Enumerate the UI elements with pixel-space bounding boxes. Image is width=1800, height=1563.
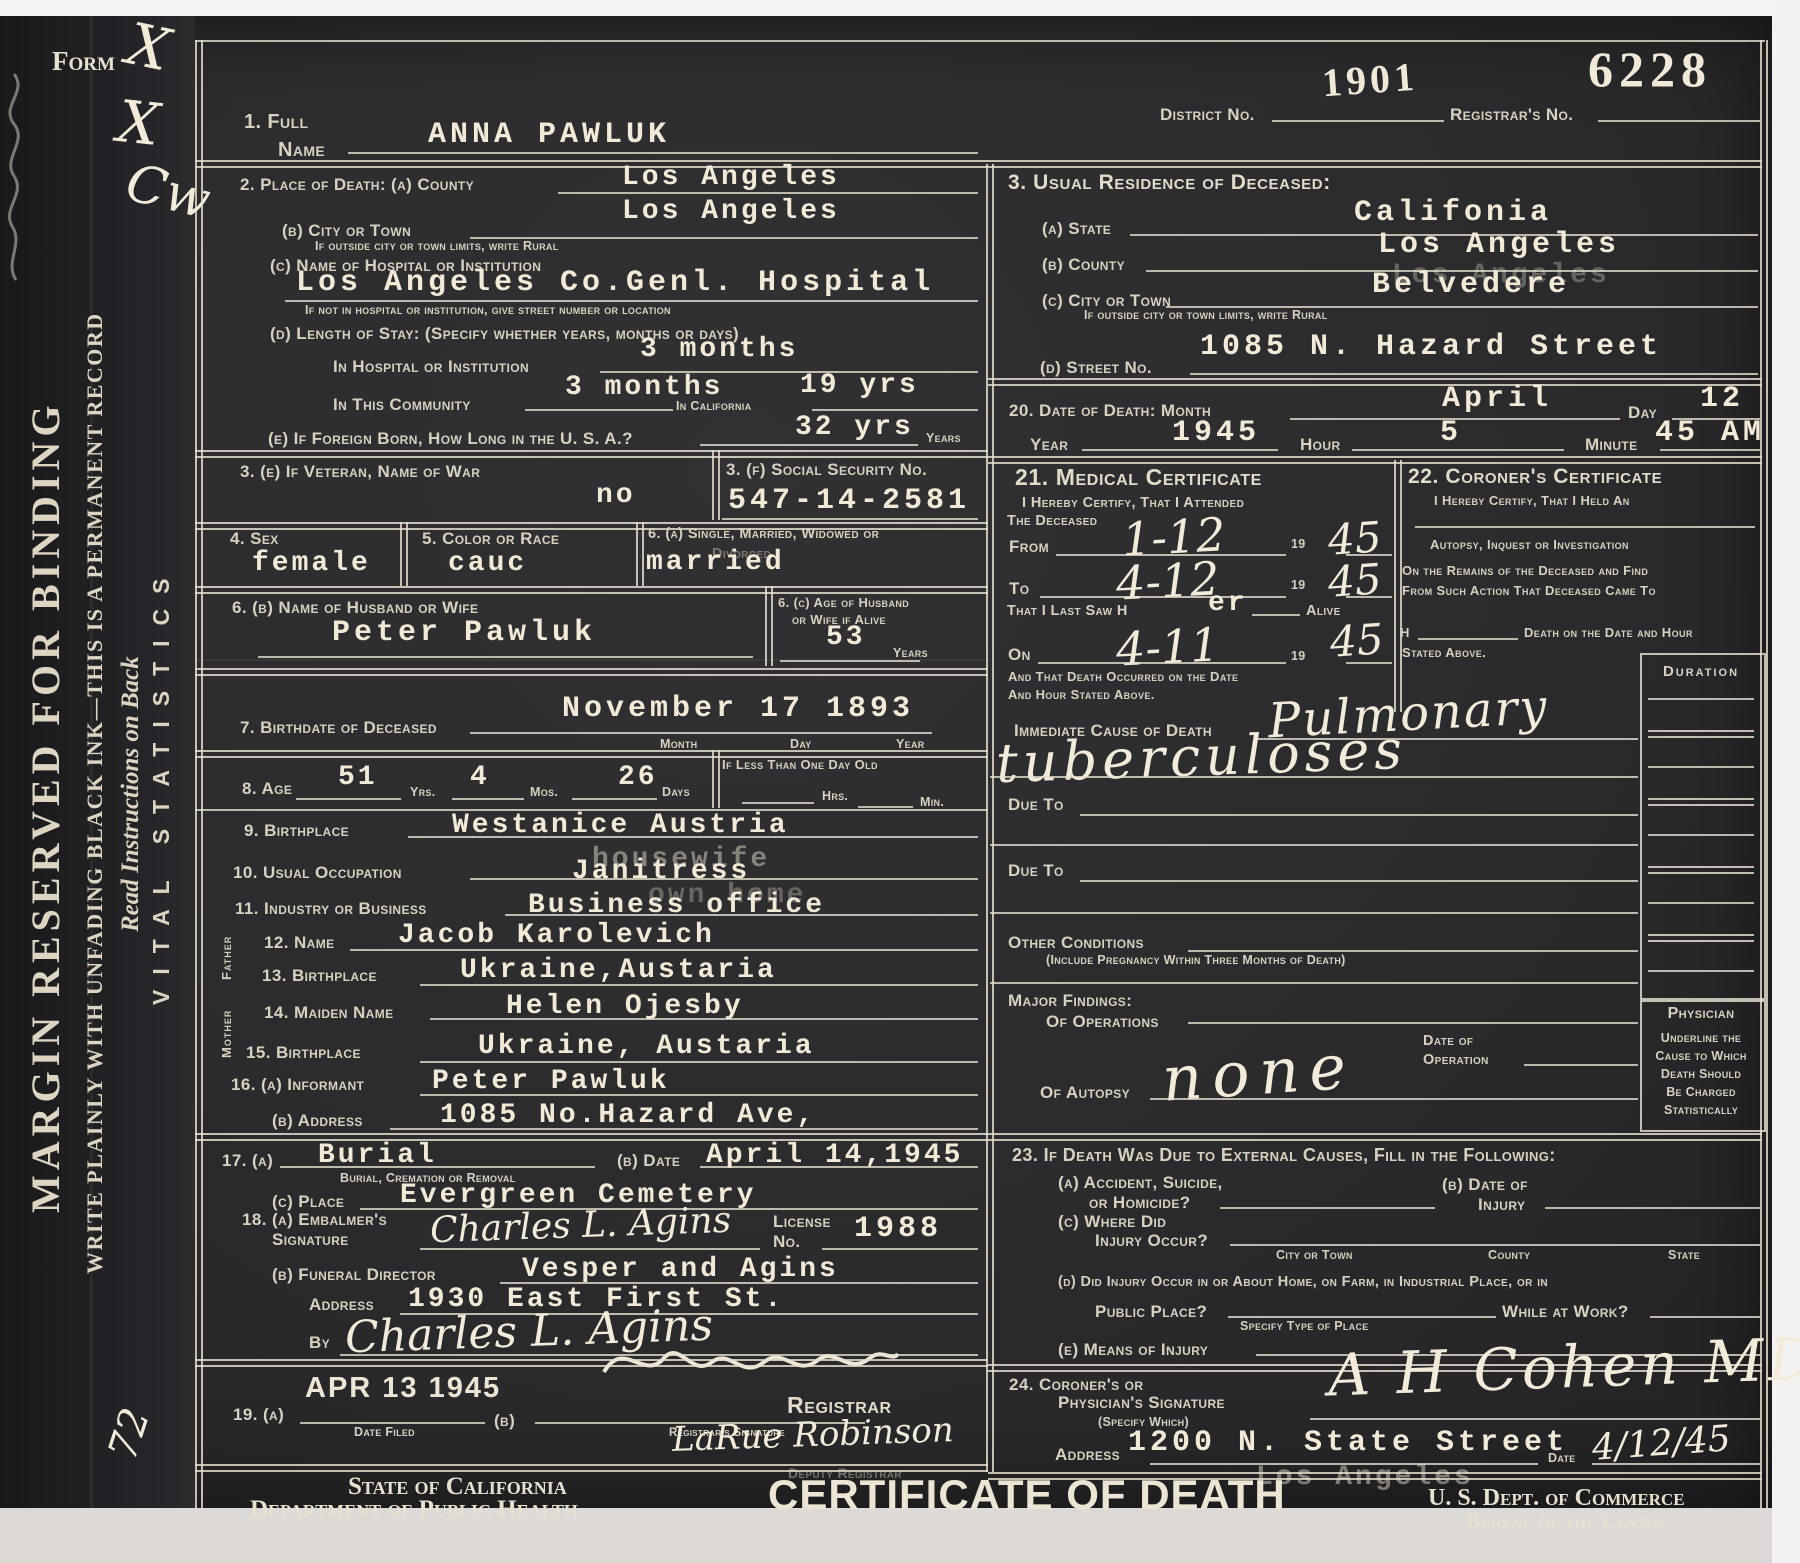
coroner-line-4: From Such Action That Deceased Came To bbox=[1402, 584, 1656, 597]
scan-edge-top bbox=[0, 0, 1800, 16]
due-to-label-2: Due To bbox=[1008, 862, 1064, 879]
residence-state-label: (a) State bbox=[1042, 220, 1111, 237]
age-label: 8. Age bbox=[242, 780, 292, 797]
informant-address-label: (b) Address bbox=[272, 1112, 363, 1129]
frame-left-rule bbox=[195, 40, 203, 1508]
handwritten-scribble-top-left bbox=[0, 66, 34, 286]
section-rule bbox=[988, 1472, 1762, 1480]
foreign-born-label: (e) If Foreign Born, How Long in the U. … bbox=[268, 430, 633, 447]
cell-divider bbox=[765, 586, 773, 666]
signature-date-label: Date bbox=[1548, 1452, 1576, 1465]
mother-birthplace-label: 15. Birthplace bbox=[246, 1044, 361, 1061]
cell-divider bbox=[712, 750, 720, 808]
of-operations-label: Of Operations bbox=[1046, 1013, 1159, 1030]
coroner-signature-label-2: Physician's Signature bbox=[1058, 1394, 1225, 1411]
margin-vital-statistics-text: VITAL STATISTICS bbox=[150, 484, 173, 1084]
rule bbox=[420, 1094, 978, 1096]
physician-address-label: Address bbox=[1055, 1446, 1120, 1463]
age-months-value: 4 bbox=[470, 764, 490, 792]
accident-label-2: or Homicide? bbox=[1089, 1194, 1191, 1211]
injury-county-label: County bbox=[1488, 1249, 1530, 1262]
where-injury-label-2: Injury Occur? bbox=[1095, 1232, 1208, 1249]
rule bbox=[350, 949, 978, 951]
rule bbox=[505, 914, 978, 916]
license-value: 1988 bbox=[854, 1214, 942, 1244]
father-birthplace-label: 13. Birthplace bbox=[262, 967, 377, 984]
coroner-line-5: Death on the Date and Hour bbox=[1524, 626, 1693, 639]
on-value: 4-11 bbox=[1115, 621, 1221, 672]
physician-box-line-5: Statistically bbox=[1640, 1104, 1762, 1117]
informant-address-value: 1085 No.Hazard Ave, bbox=[440, 1102, 816, 1130]
years-suffix-label: Years bbox=[926, 432, 961, 445]
rule bbox=[1220, 1207, 1435, 1209]
on-year-value: 45 bbox=[1329, 618, 1385, 664]
injury-state-label: State bbox=[1668, 1249, 1700, 1262]
residence-state-value: Califonia bbox=[1354, 198, 1552, 228]
rule bbox=[348, 152, 978, 154]
injury-city-label: City or Town bbox=[1276, 1249, 1353, 1262]
margin-read-instructions-text: Read Instructions on Back bbox=[118, 564, 143, 1024]
coroner-line-6: Stated Above. bbox=[1402, 646, 1486, 659]
father-name-value: Jacob Karolevich bbox=[398, 922, 715, 950]
margin-write-plainly-text: WRITE PLAINLY WITH UNFADING BLACK INK—TH… bbox=[84, 206, 106, 1381]
coroner-line-2: Autopsy, Inquest or Investigation bbox=[1430, 538, 1629, 551]
from-19-label: 19 bbox=[1291, 538, 1306, 551]
frame-top-rule bbox=[195, 40, 1765, 42]
on-19-label: 19 bbox=[1291, 650, 1306, 663]
injury-date-label-2: Injury bbox=[1478, 1196, 1525, 1213]
death-hour-value: 5 bbox=[1440, 418, 1462, 448]
sex-label: 4. Sex bbox=[230, 530, 279, 547]
rule bbox=[1545, 1207, 1760, 1209]
occupation-label: 10. Usual Occupation bbox=[233, 864, 402, 881]
specify-place-label: Specify Type of Place bbox=[1240, 1320, 1369, 1333]
rule bbox=[1592, 1463, 1760, 1465]
rule bbox=[780, 660, 920, 662]
district-no-label: District No. bbox=[1160, 106, 1255, 123]
section-rule bbox=[195, 1359, 988, 1367]
rule bbox=[1310, 1418, 1760, 1420]
date-filed-stamp: APR 13 1945 bbox=[305, 1374, 501, 1403]
section-rule bbox=[195, 160, 1762, 168]
accident-label-1: (a) Accident, Suicide, bbox=[1058, 1174, 1223, 1191]
rule bbox=[1228, 1316, 1496, 1318]
section-rule bbox=[195, 668, 988, 676]
death-minute-label: Minute bbox=[1585, 436, 1638, 453]
rule bbox=[1648, 970, 1754, 972]
hours-label: Hrs. bbox=[822, 790, 848, 803]
attended-to-value: 4-12 bbox=[1115, 555, 1221, 606]
scanned-death-certificate: Form X X Cw 72 MARGIN RESERVED FOR BINDI… bbox=[0, 0, 1800, 1563]
less-than-day-label: If Less Than One Day Old bbox=[722, 758, 878, 771]
birthdate-year-label: Year bbox=[896, 738, 925, 751]
certificate-paper: Form X X Cw 72 MARGIN RESERVED FOR BINDI… bbox=[0, 16, 1772, 1508]
mother-group-label: Mother bbox=[220, 992, 233, 1058]
race-value: cauc bbox=[448, 550, 527, 578]
rule bbox=[1346, 596, 1392, 598]
mother-maiden-value: Helen Ojesby bbox=[506, 993, 744, 1021]
registrar-signature: LaRue Robinson bbox=[671, 1413, 954, 1457]
license-label-2: No. bbox=[773, 1233, 801, 1250]
rule bbox=[408, 836, 978, 838]
ssn-label: 3. (f) Social Security No. bbox=[726, 461, 927, 478]
rule bbox=[990, 982, 1638, 984]
rule bbox=[742, 802, 814, 804]
rule bbox=[1040, 596, 1286, 598]
residence-county-value: Los Angeles bbox=[1378, 230, 1620, 260]
center-column-divider bbox=[986, 164, 994, 1472]
rule bbox=[1648, 798, 1754, 806]
ssn-value: 547-14-2581 bbox=[728, 486, 970, 516]
last-saw-label: That I Last Saw H bbox=[1007, 604, 1128, 619]
rule bbox=[1150, 1463, 1538, 1465]
full-name-value: ANNA PAWLUK bbox=[428, 120, 670, 150]
duration-label: Duration bbox=[1640, 664, 1762, 679]
rule bbox=[1650, 1316, 1760, 1318]
residence-street-label: (d) Street No. bbox=[1040, 359, 1152, 376]
cell-divider bbox=[712, 450, 720, 520]
coroner-line-3: On the Remains of the Deceased and Find bbox=[1402, 564, 1648, 577]
rule bbox=[722, 518, 978, 520]
rule bbox=[1660, 449, 1760, 451]
embalmer-label-1: 18. (a) Embalmer's bbox=[242, 1211, 387, 1228]
to-19-label: 19 bbox=[1291, 579, 1306, 592]
rule bbox=[470, 732, 932, 734]
footer-commerce: U. S. Dept. of Commerce bbox=[1428, 1486, 1685, 1510]
age-years-value: 51 bbox=[338, 764, 378, 792]
death-county-value: Los Angeles bbox=[622, 164, 840, 192]
occurred-line-2: And Hour Stated Above. bbox=[1008, 688, 1155, 701]
duration-box bbox=[1640, 653, 1766, 1000]
rule bbox=[340, 1354, 978, 1356]
death-day-value: 12 bbox=[1700, 384, 1744, 414]
death-city-label: (b) City or Town bbox=[282, 222, 411, 239]
death-month-value: April bbox=[1442, 384, 1552, 414]
birthdate-day-label: Day bbox=[790, 738, 812, 751]
rule bbox=[420, 1248, 760, 1250]
residence-county-label: (b) County bbox=[1042, 256, 1125, 273]
veteran-value: no bbox=[596, 482, 636, 510]
margin-binding-text: MARGIN RESERVED FOR BINDING bbox=[26, 332, 66, 1282]
physician-box-line-3: Death Should bbox=[1640, 1068, 1762, 1081]
father-name-label: 12. Name bbox=[264, 934, 335, 951]
medical-certify-2: The Deceased bbox=[1007, 514, 1097, 529]
physician-address-value: 1200 N. State Street bbox=[1128, 1428, 1568, 1458]
other-conditions-label: Other Conditions bbox=[1008, 934, 1144, 951]
medical-cert-title: 21. Medical Certificate bbox=[1015, 466, 1262, 489]
section-rule bbox=[988, 456, 1762, 464]
due-to-label-1: Due To bbox=[1008, 796, 1064, 813]
rule bbox=[1598, 120, 1760, 122]
rule bbox=[258, 656, 753, 658]
rule bbox=[1648, 834, 1754, 836]
attended-from-label: From bbox=[1009, 538, 1049, 555]
last-saw-er-value: er bbox=[1208, 590, 1248, 618]
rule bbox=[1524, 1064, 1638, 1066]
residence-city-label: (c) City or Town bbox=[1042, 292, 1171, 309]
husband-value: Peter Pawluk bbox=[332, 618, 596, 648]
father-group-label: Father bbox=[220, 918, 233, 980]
death-hour-label: Hour bbox=[1300, 436, 1341, 453]
in-california-value: 19 yrs bbox=[800, 372, 919, 400]
attended-to-label: To bbox=[1009, 580, 1030, 597]
license-label-1: License bbox=[773, 1213, 831, 1230]
rule bbox=[858, 806, 913, 808]
informant-label: 16. (a) Informant bbox=[231, 1076, 364, 1093]
section-rule bbox=[988, 378, 1762, 386]
date-filed-caption: Date Filed bbox=[354, 1426, 415, 1439]
footer-dept: Department of Public Health bbox=[250, 1497, 578, 1522]
date-filed-item-label: 19. (a) bbox=[233, 1406, 284, 1423]
district-no-value: 1901 bbox=[1321, 57, 1420, 104]
rule bbox=[572, 798, 657, 800]
disposition-date-label: (b) Date bbox=[617, 1152, 680, 1169]
mother-maiden-label: 14. Maiden Name bbox=[264, 1004, 394, 1021]
rule bbox=[1190, 373, 1758, 375]
stay-hospital-label: In Hospital or Institution bbox=[333, 358, 529, 375]
rule bbox=[420, 984, 978, 986]
residence-city-note: If outside city or town limits, write Ru… bbox=[1084, 309, 1328, 322]
rule bbox=[1082, 449, 1278, 451]
rule bbox=[812, 409, 978, 411]
rule bbox=[1188, 1022, 1638, 1024]
rule bbox=[1648, 766, 1754, 768]
residence-city-value: Belvedere bbox=[1372, 270, 1570, 300]
funeral-director-label: (b) Funeral Director bbox=[272, 1266, 436, 1283]
industry-label: 11. Industry or Business bbox=[235, 900, 427, 917]
rule bbox=[1648, 730, 1754, 738]
birthplace-label: 9. Birthplace bbox=[244, 822, 349, 839]
signature-date-value: 4/12/45 bbox=[1591, 1421, 1732, 1467]
death-city-value: Los Angeles bbox=[622, 198, 840, 226]
of-autopsy-label: Of Autopsy bbox=[1040, 1084, 1130, 1101]
date-of-operation-label-2: Operation bbox=[1423, 1053, 1489, 1068]
alive-label: Alive bbox=[1306, 604, 1341, 619]
cell-divider bbox=[400, 522, 408, 586]
rule bbox=[430, 1018, 978, 1020]
overlapping-signature-scribble bbox=[600, 1332, 900, 1384]
rule bbox=[420, 1061, 978, 1063]
rule bbox=[1150, 1098, 1638, 1100]
rule bbox=[558, 192, 978, 194]
rule bbox=[1352, 449, 1564, 451]
full-name-label-1: 1. Full bbox=[244, 112, 308, 132]
handwritten-x-mark: X bbox=[115, 92, 162, 154]
rule bbox=[990, 912, 1638, 914]
death-city-note: If outside city or town limits, write Ru… bbox=[315, 240, 559, 253]
rule bbox=[280, 1166, 595, 1168]
on-label: On bbox=[1008, 646, 1031, 663]
date-of-operation-label-1: Date of bbox=[1423, 1034, 1473, 1049]
cause-script-2: tuberculoses bbox=[995, 723, 1408, 791]
registrar-no-label: Registrar's No. bbox=[1450, 106, 1573, 123]
disposition-place-label: (c) Place bbox=[272, 1193, 344, 1210]
other-conditions-note: (Include Pregnancy Within Three Months o… bbox=[1046, 954, 1346, 967]
residence-label: 3. Usual Residence of Deceased: bbox=[1008, 172, 1331, 193]
rule bbox=[990, 844, 1638, 846]
stay-community-label: In This Community bbox=[333, 396, 471, 413]
rule bbox=[1230, 1244, 1760, 1246]
section-rule bbox=[195, 586, 988, 594]
death-minute-value: 45 AM bbox=[1655, 418, 1765, 448]
marital-label: 6. (a) Single, Married, Widowed or bbox=[648, 527, 879, 542]
coroner-h-label: H bbox=[1400, 626, 1410, 639]
spouse-age-years-label: Years bbox=[893, 647, 928, 660]
hospital-value: Los Angeles Co.Genl. Hospital bbox=[296, 268, 934, 298]
rule bbox=[1080, 814, 1638, 816]
means-of-injury-label: (e) Means of Injury bbox=[1058, 1341, 1208, 1358]
major-findings-label: Major Findings: bbox=[1008, 992, 1132, 1009]
rule bbox=[452, 798, 524, 800]
stay-hospital-value: 3 months bbox=[640, 336, 798, 364]
by-label: By bbox=[309, 1334, 330, 1351]
place-of-death-label: 2. Place of Death: (a) County bbox=[240, 176, 474, 193]
section-rule bbox=[195, 450, 988, 458]
physician-box-line-2: Cause to Which bbox=[1640, 1050, 1762, 1063]
mother-birthplace-value: Ukraine, Austaria bbox=[478, 1033, 815, 1061]
rule bbox=[1272, 120, 1444, 122]
disposition-label: 17. (a) bbox=[222, 1152, 273, 1169]
rule bbox=[822, 1248, 978, 1250]
public-place-label: Public Place? bbox=[1095, 1303, 1207, 1320]
foreign-born-value: 32 yrs bbox=[795, 414, 914, 442]
birthdate-value: November 17 1893 bbox=[562, 694, 914, 724]
husband-label: 6. (b) Name of Husband or Wife bbox=[232, 599, 478, 616]
director-address-label: Address bbox=[309, 1296, 374, 1313]
rule bbox=[1346, 662, 1392, 664]
injury-date-label-1: (b) Date of bbox=[1442, 1176, 1528, 1193]
rule bbox=[1415, 526, 1755, 528]
rule bbox=[1648, 902, 1754, 904]
birthdate-label: 7. Birthdate of Deceased bbox=[240, 719, 437, 736]
footer-census: Bureau of the Census bbox=[1466, 1511, 1665, 1532]
rule bbox=[1648, 866, 1754, 874]
birthdate-month-label: Month bbox=[660, 738, 697, 751]
rule bbox=[1418, 638, 1518, 640]
in-california-label: In California bbox=[676, 400, 751, 413]
full-name-label-2: Name bbox=[278, 140, 325, 160]
rule bbox=[296, 798, 401, 800]
race-label: 5. Color or Race bbox=[422, 530, 559, 547]
while-at-work-label: While at Work? bbox=[1502, 1303, 1629, 1320]
age-months-label: Mos. bbox=[530, 786, 558, 799]
registrar-no-value: 6228 bbox=[1588, 44, 1712, 94]
spouse-age-value: 53 bbox=[826, 624, 866, 652]
age-days-value: 26 bbox=[618, 764, 658, 792]
rule bbox=[700, 1166, 978, 1168]
residence-street-value: 1085 N. Hazard Street bbox=[1200, 332, 1662, 362]
cert-divider bbox=[1394, 460, 1402, 712]
age-days-label: Days bbox=[662, 786, 690, 799]
occurred-line-1: And That Death Occurred on the Date bbox=[1008, 670, 1238, 683]
rule bbox=[390, 1128, 978, 1130]
rule bbox=[285, 300, 978, 302]
physician-box-line-4: Be Charged bbox=[1640, 1086, 1762, 1099]
age-years-label: Yrs. bbox=[410, 786, 436, 799]
form-label: Form bbox=[52, 48, 115, 75]
rule bbox=[1648, 698, 1754, 700]
death-year-value: 1945 bbox=[1172, 418, 1260, 448]
coroner-cert-title: 22. Coroner's Certificate bbox=[1408, 466, 1662, 487]
funeral-director-value: Vesper and Agins bbox=[522, 1256, 839, 1284]
embalmer-signature: Charles L. Agins bbox=[429, 1203, 731, 1249]
coroner-certify: I Hereby Certify, That I Held An bbox=[1434, 494, 1630, 507]
rule bbox=[700, 444, 918, 446]
rule bbox=[1080, 880, 1638, 882]
embalmer-label-2: Signature bbox=[272, 1231, 349, 1248]
minutes-label: Min. bbox=[920, 796, 944, 809]
cell-divider bbox=[636, 522, 644, 586]
veteran-label: 3. (e) If Veteran, Name of War bbox=[240, 463, 480, 480]
father-birthplace-value: Ukraine,Austaria bbox=[460, 957, 777, 985]
coroner-signature: A H Cohen MD bbox=[1327, 1329, 1800, 1404]
spouse-age-label-1: 6. (c) Age of Husband bbox=[778, 596, 909, 609]
physician-box-line-1: Underline the bbox=[1640, 1032, 1762, 1045]
rule bbox=[1038, 662, 1286, 664]
where-injury-label-1: (c) Where Did bbox=[1058, 1213, 1166, 1230]
injury-home-label: (d) Did Injury Occur in or About Home, o… bbox=[1058, 1275, 1548, 1290]
physician-box-title: Physician bbox=[1640, 1006, 1762, 1022]
death-year-label: Year bbox=[1030, 436, 1068, 453]
certificate-title: CERTIFICATE OF DEATH bbox=[768, 1474, 1286, 1516]
coroner-signature-label-1: 24. Coroner's or bbox=[1009, 1376, 1143, 1393]
rule bbox=[1252, 614, 1300, 616]
external-causes-title: 23. If Death Was Due to External Causes,… bbox=[1012, 1146, 1556, 1164]
rule bbox=[1648, 934, 1754, 942]
rule bbox=[525, 409, 673, 411]
rule bbox=[300, 1422, 485, 1424]
death-day-label: Day bbox=[1628, 404, 1657, 421]
sex-value: female bbox=[252, 550, 371, 578]
marital-value: married bbox=[646, 549, 785, 577]
item19b-label: (b) bbox=[494, 1412, 515, 1429]
hospital-note: If not in hospital or institution, give … bbox=[305, 304, 671, 317]
rule bbox=[1188, 950, 1638, 952]
informant-value: Peter Pawluk bbox=[432, 1068, 670, 1096]
rule bbox=[990, 776, 1638, 778]
stay-community-value: 3 months bbox=[565, 374, 723, 402]
